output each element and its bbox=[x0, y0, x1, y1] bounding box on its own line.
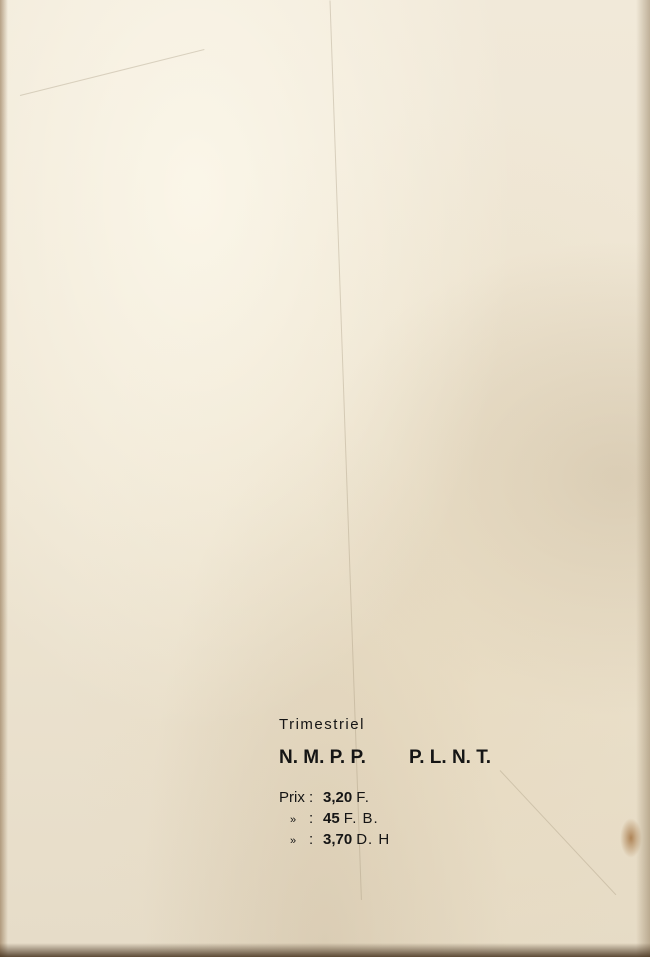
ditto-mark: » bbox=[279, 810, 309, 831]
distributors-line: N. M. P. P. P. L. N. T. bbox=[279, 747, 539, 769]
price-label: Prix bbox=[279, 787, 309, 808]
right-edge-shadow bbox=[636, 0, 650, 957]
bottom-edge-shadow bbox=[0, 943, 650, 957]
price-row-france: Prix:3,20F. bbox=[279, 787, 390, 808]
price-row-morocco: »:3,70D. H bbox=[279, 829, 390, 850]
price-separator: : bbox=[309, 829, 323, 850]
price-currency: F. bbox=[356, 789, 370, 806]
ditto-mark: » bbox=[279, 831, 309, 852]
paper-stain bbox=[620, 818, 642, 858]
price-row-belgium: »:45F. B. bbox=[279, 808, 390, 829]
frequency-label: Trimestriel bbox=[279, 716, 365, 733]
paper-crease bbox=[500, 770, 617, 895]
paper-crease bbox=[20, 49, 205, 96]
price-list: Prix:3,20F. »:45F. B. »:3,70D. H bbox=[279, 787, 390, 850]
price-separator: : bbox=[309, 808, 323, 829]
price-amount: 45 bbox=[323, 810, 340, 827]
price-currency: F. B. bbox=[344, 810, 379, 827]
distributor-nmpp: N. M. P. P. bbox=[279, 747, 366, 769]
left-edge-wear bbox=[0, 0, 8, 957]
price-separator: : bbox=[309, 787, 323, 808]
price-amount: 3,20 bbox=[323, 789, 352, 806]
publication-info-block: Trimestriel N. M. P. P. P. L. N. T. Prix… bbox=[279, 716, 365, 733]
price-currency: D. H bbox=[356, 831, 390, 848]
distributor-plnt: P. L. N. T. bbox=[409, 747, 491, 769]
price-amount: 3,70 bbox=[323, 831, 352, 848]
back-cover-page: Trimestriel N. M. P. P. P. L. N. T. Prix… bbox=[0, 0, 650, 957]
